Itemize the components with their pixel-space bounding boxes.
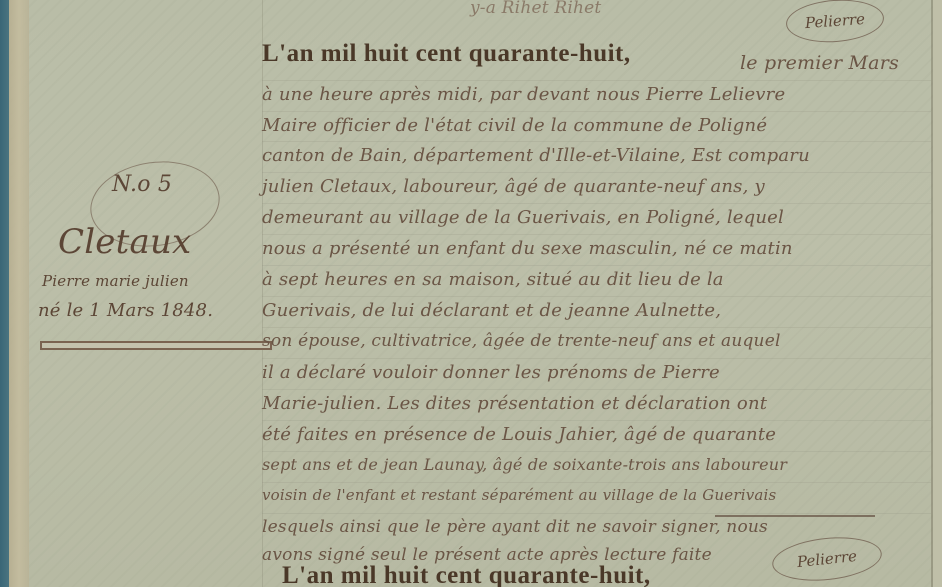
- ruled-line: [262, 141, 931, 142]
- body-line-6: demeurant au village de la Guerivais, en…: [262, 207, 784, 228]
- body-line-3: Maire officier de l'état civil de la com…: [262, 115, 767, 136]
- ruled-line: [262, 265, 931, 266]
- signature-text: Pelierre: [796, 547, 858, 571]
- body-line-16: lesquels ainsi que le père ayant dit ne …: [262, 517, 768, 537]
- next-entry-heading: L'an mil huit cent quarante-huit,: [282, 562, 651, 587]
- previous-entry-fragment: y-a Rihet Rihet: [470, 0, 601, 18]
- body-line-7: nous a présenté un enfant du sexe mascul…: [262, 238, 793, 259]
- ruled-line: [262, 482, 931, 483]
- body-line-13: été faites en présence de Louis Jahier, …: [262, 424, 776, 445]
- ruled-line: [262, 172, 931, 173]
- ruled-line: [262, 234, 931, 235]
- body-line-8: à sept heures en sa maison, situé au dit…: [262, 269, 724, 290]
- body-line-14: sept ans et de jean Launay, âgé de soixa…: [262, 455, 787, 474]
- binding-fold: [9, 0, 29, 587]
- lecture-faite-underline: [715, 515, 875, 517]
- ruled-line: [262, 451, 931, 452]
- ruled-line: [262, 80, 931, 81]
- entry-number: N.o 5: [112, 172, 172, 197]
- body-line-12: Marie-julien. Les dites présentation et …: [262, 393, 767, 414]
- ruled-line: [262, 203, 931, 204]
- body-line-5: julien Cletaux, laboureur, âgé de quaran…: [262, 176, 765, 197]
- body-line-2: à une heure après midi, par devant nous …: [262, 84, 785, 105]
- ruled-line: [262, 296, 931, 297]
- body-line-11: il a déclaré vouloir donner les prénoms …: [262, 362, 720, 383]
- margin-surname: Cletaux: [58, 222, 191, 262]
- ruled-line: [262, 513, 931, 514]
- entry-heading: L'an mil huit cent quarante-huit,: [262, 40, 631, 68]
- ruled-line: [262, 327, 931, 328]
- book-cover-edge: [0, 0, 9, 587]
- signature-text: Pelierre: [804, 10, 865, 32]
- ruled-line: [262, 389, 931, 390]
- body-line-9: Guerivais, de lui déclarant et de jeanne…: [262, 300, 721, 321]
- body-line-15: voisin de l'enfant et restant séparément…: [262, 486, 776, 504]
- margin-birth-note: né le 1 Mars 1848.: [38, 300, 213, 321]
- body-line-4: canton de Bain, département d'Ille-et-Vi…: [262, 145, 810, 166]
- entry-separator-rule: [40, 341, 272, 350]
- body-line-10: son épouse, cultivatrice, âgée de trente…: [262, 331, 781, 351]
- body-line-1: le premier Mars: [740, 52, 899, 74]
- facing-page-edge: [933, 0, 942, 587]
- ruled-line: [262, 420, 931, 421]
- ruled-line: [262, 358, 931, 359]
- ruled-line: [262, 111, 931, 112]
- margin-given-names: Pierre marie julien: [42, 272, 189, 290]
